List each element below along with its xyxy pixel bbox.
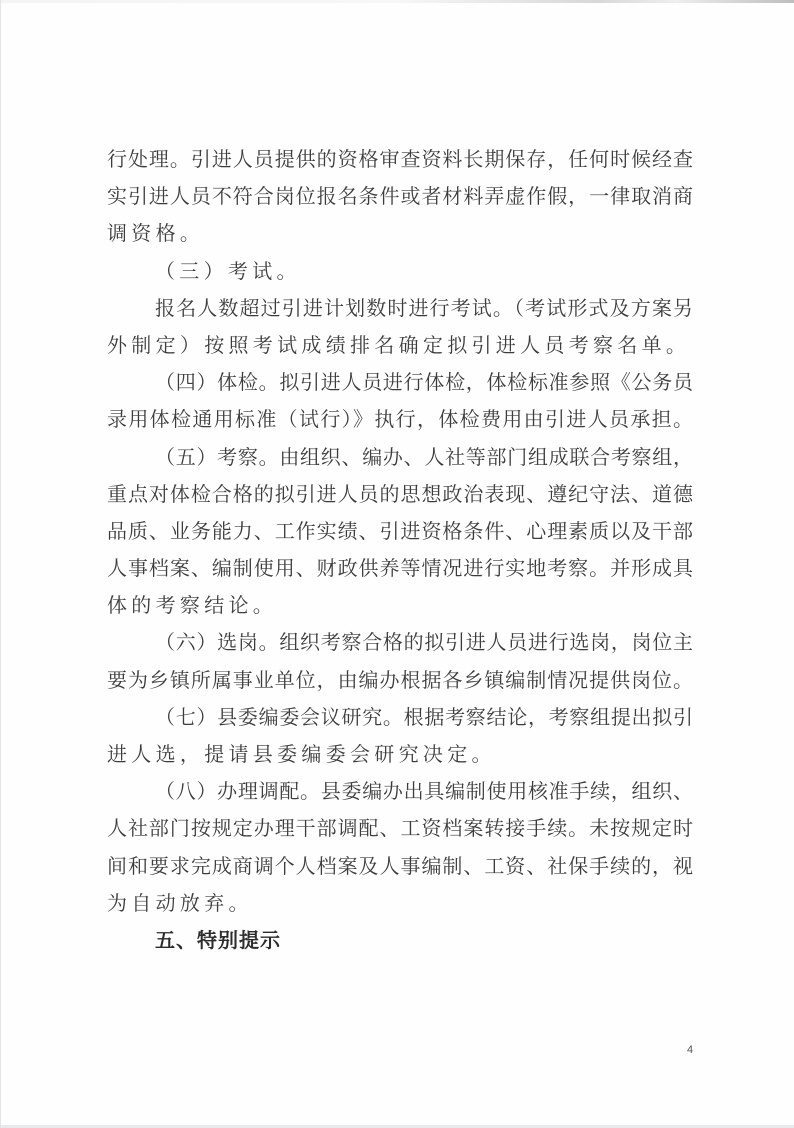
page-number: 4	[687, 1044, 693, 1056]
section-post-selection: （六）选岗。组织考察合格的拟引进人员进行选岗，岗位主	[107, 624, 693, 661]
text-line: 要为乡镇所属事业单位，由编办根据各乡镇编制情况提供岗位。	[107, 662, 693, 699]
scan-top-edge	[1, 0, 794, 3]
document-body: 行处理。引进人员提供的资格审查资料长期保存，任何时候经查 实引进人员不符合岗位报…	[107, 141, 693, 959]
document-page: 行处理。引进人员提供的资格审查资料长期保存，任何时候经查 实引进人员不符合岗位报…	[0, 0, 794, 1128]
text-line: 人事档案、编制使用、财政供养等情况进行实地考察。并形成具	[107, 550, 693, 587]
section-heading-special-notice: 五、特别提示	[107, 922, 693, 959]
section-physical-exam: （四）体检。拟引进人员进行体检，体检标准参照《公务员	[107, 364, 693, 401]
section-transfer-procedures: （八）办理调配。县委编办出具编制使用核准手续，组织、	[107, 773, 693, 810]
text-line: 间和要求完成商调个人档案及人事编制、工资、社保手续的，视	[107, 848, 693, 885]
text-line: 品质、业务能力、工作实绩、引进资格条件、心理素质以及干部	[107, 513, 693, 550]
text-line: 人社部门按规定办理干部调配、工资档案转接手续。未按规定时	[107, 810, 693, 847]
text-line: 重点对体检合格的拟引进人员的思想政治表现、遵纪守法、道德	[107, 476, 693, 513]
section-heading-exam: （三）考试。	[107, 253, 693, 290]
text-line: 实引进人员不符合岗位报名条件或者材料弄虚作假，一律取消商	[107, 178, 693, 215]
section-committee-review: （七）县委编委会议研究。根据考察结论，考察组提出拟引	[107, 699, 693, 736]
text-line: 进人选，提请县委编委会研究决定。	[107, 736, 693, 773]
text-line: 为自动放弃。	[107, 885, 693, 922]
text-line: 录用体检通用标准（试行）》执行，体检费用由引进人员承担。	[107, 401, 693, 438]
text-line: 报名人数超过引进计划数时进行考试。（考试形式及方案另	[107, 290, 693, 327]
text-line: 调资格。	[107, 215, 693, 252]
text-line: 外制定）按照考试成绩排名确定拟引进人员考察名单。	[107, 327, 693, 364]
text-line: 行处理。引进人员提供的资格审查资料长期保存，任何时候经查	[107, 141, 693, 178]
section-inspection: （五）考察。由组织、编办、人社等部门组成联合考察组，	[107, 439, 693, 476]
text-line: 体的考察结论。	[107, 587, 693, 624]
